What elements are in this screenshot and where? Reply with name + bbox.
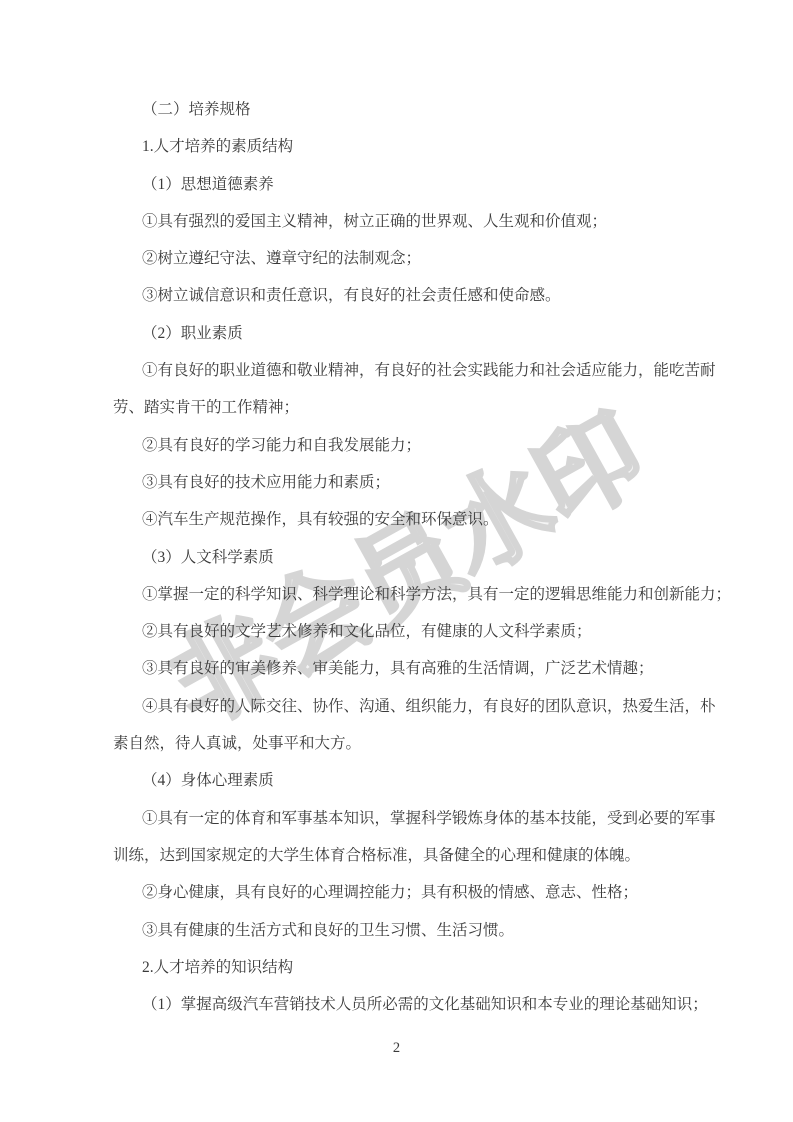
text-line: ②身心健康，具有良好的心理调控能力；具有积极的情感、意志、性格； xyxy=(113,874,725,911)
text-line: ①有良好的职业道德和敬业精神，有良好的社会实践能力和社会适应能力，能吃苦耐 xyxy=(113,352,725,389)
text-line: （二）培养规格 xyxy=(113,91,725,128)
text-line: ③树立诚信意识和责任意识，有良好的社会责任感和使命感。 xyxy=(113,277,725,314)
text-line: ②树立遵纪守法、遵章守纪的法制观念； xyxy=(113,240,725,277)
text-line: ①掌握一定的科学知识、科学理论和科学方法，具有一定的逻辑思维能力和创新能力； xyxy=(113,576,725,613)
document-body: （二）培养规格1.人才培养的素质结构（1）思想道德素养①具有强烈的爱国主义精神，… xyxy=(113,91,725,1023)
text-line: 素自然，待人真诚，处事平和大方。 xyxy=(113,725,725,762)
text-line: ④汽车生产规范操作，具有较强的安全和环保意识。 xyxy=(113,501,725,538)
text-line: （1）思想道德素养 xyxy=(113,166,725,203)
text-line: ①具有一定的体育和军事基本知识，掌握科学锻炼身体的基本技能，受到必要的军事 xyxy=(113,800,725,837)
text-line: ④具有良好的人际交往、协作、沟通、组织能力，有良好的团队意识，热爱生活，朴 xyxy=(113,688,725,725)
text-line: （1）掌握高级汽车营销技术人员所必需的文化基础知识和本专业的理论基础知识； xyxy=(113,986,725,1023)
document-page: 非会员水印 （二）培养规格1.人才培养的素质结构（1）思想道德素养①具有强烈的爱… xyxy=(0,0,793,1122)
text-line: ②具有良好的学习能力和自我发展能力； xyxy=(113,427,725,464)
text-line: ②具有良好的文学艺术修养和文化品位，有健康的人文科学素质； xyxy=(113,613,725,650)
text-line: ③具有良好的技术应用能力和素质； xyxy=(113,464,725,501)
text-line: 2.人才培养的知识结构 xyxy=(113,949,725,986)
text-line: 训练，达到国家规定的大学生体育合格标准，具备健全的心理和健康的体魄。 xyxy=(113,837,725,874)
text-line: ③具有健康的生活方式和良好的卫生习惯、生活习惯。 xyxy=(113,912,725,949)
text-line: 1.人才培养的素质结构 xyxy=(113,128,725,165)
text-line: ①具有强烈的爱国主义精神，树立正确的世界观、人生观和价值观； xyxy=(113,203,725,240)
text-line: （2）职业素质 xyxy=(113,315,725,352)
text-line: 劳、踏实肯干的工作精神； xyxy=(113,389,725,426)
text-line: ③具有良好的审美修养、审美能力，具有高雅的生活情调，广泛艺术情趣； xyxy=(113,650,725,687)
text-line: （4）身体心理素质 xyxy=(113,762,725,799)
text-line: （3）人文科学素质 xyxy=(113,539,725,576)
page-number: 2 xyxy=(0,1039,793,1057)
